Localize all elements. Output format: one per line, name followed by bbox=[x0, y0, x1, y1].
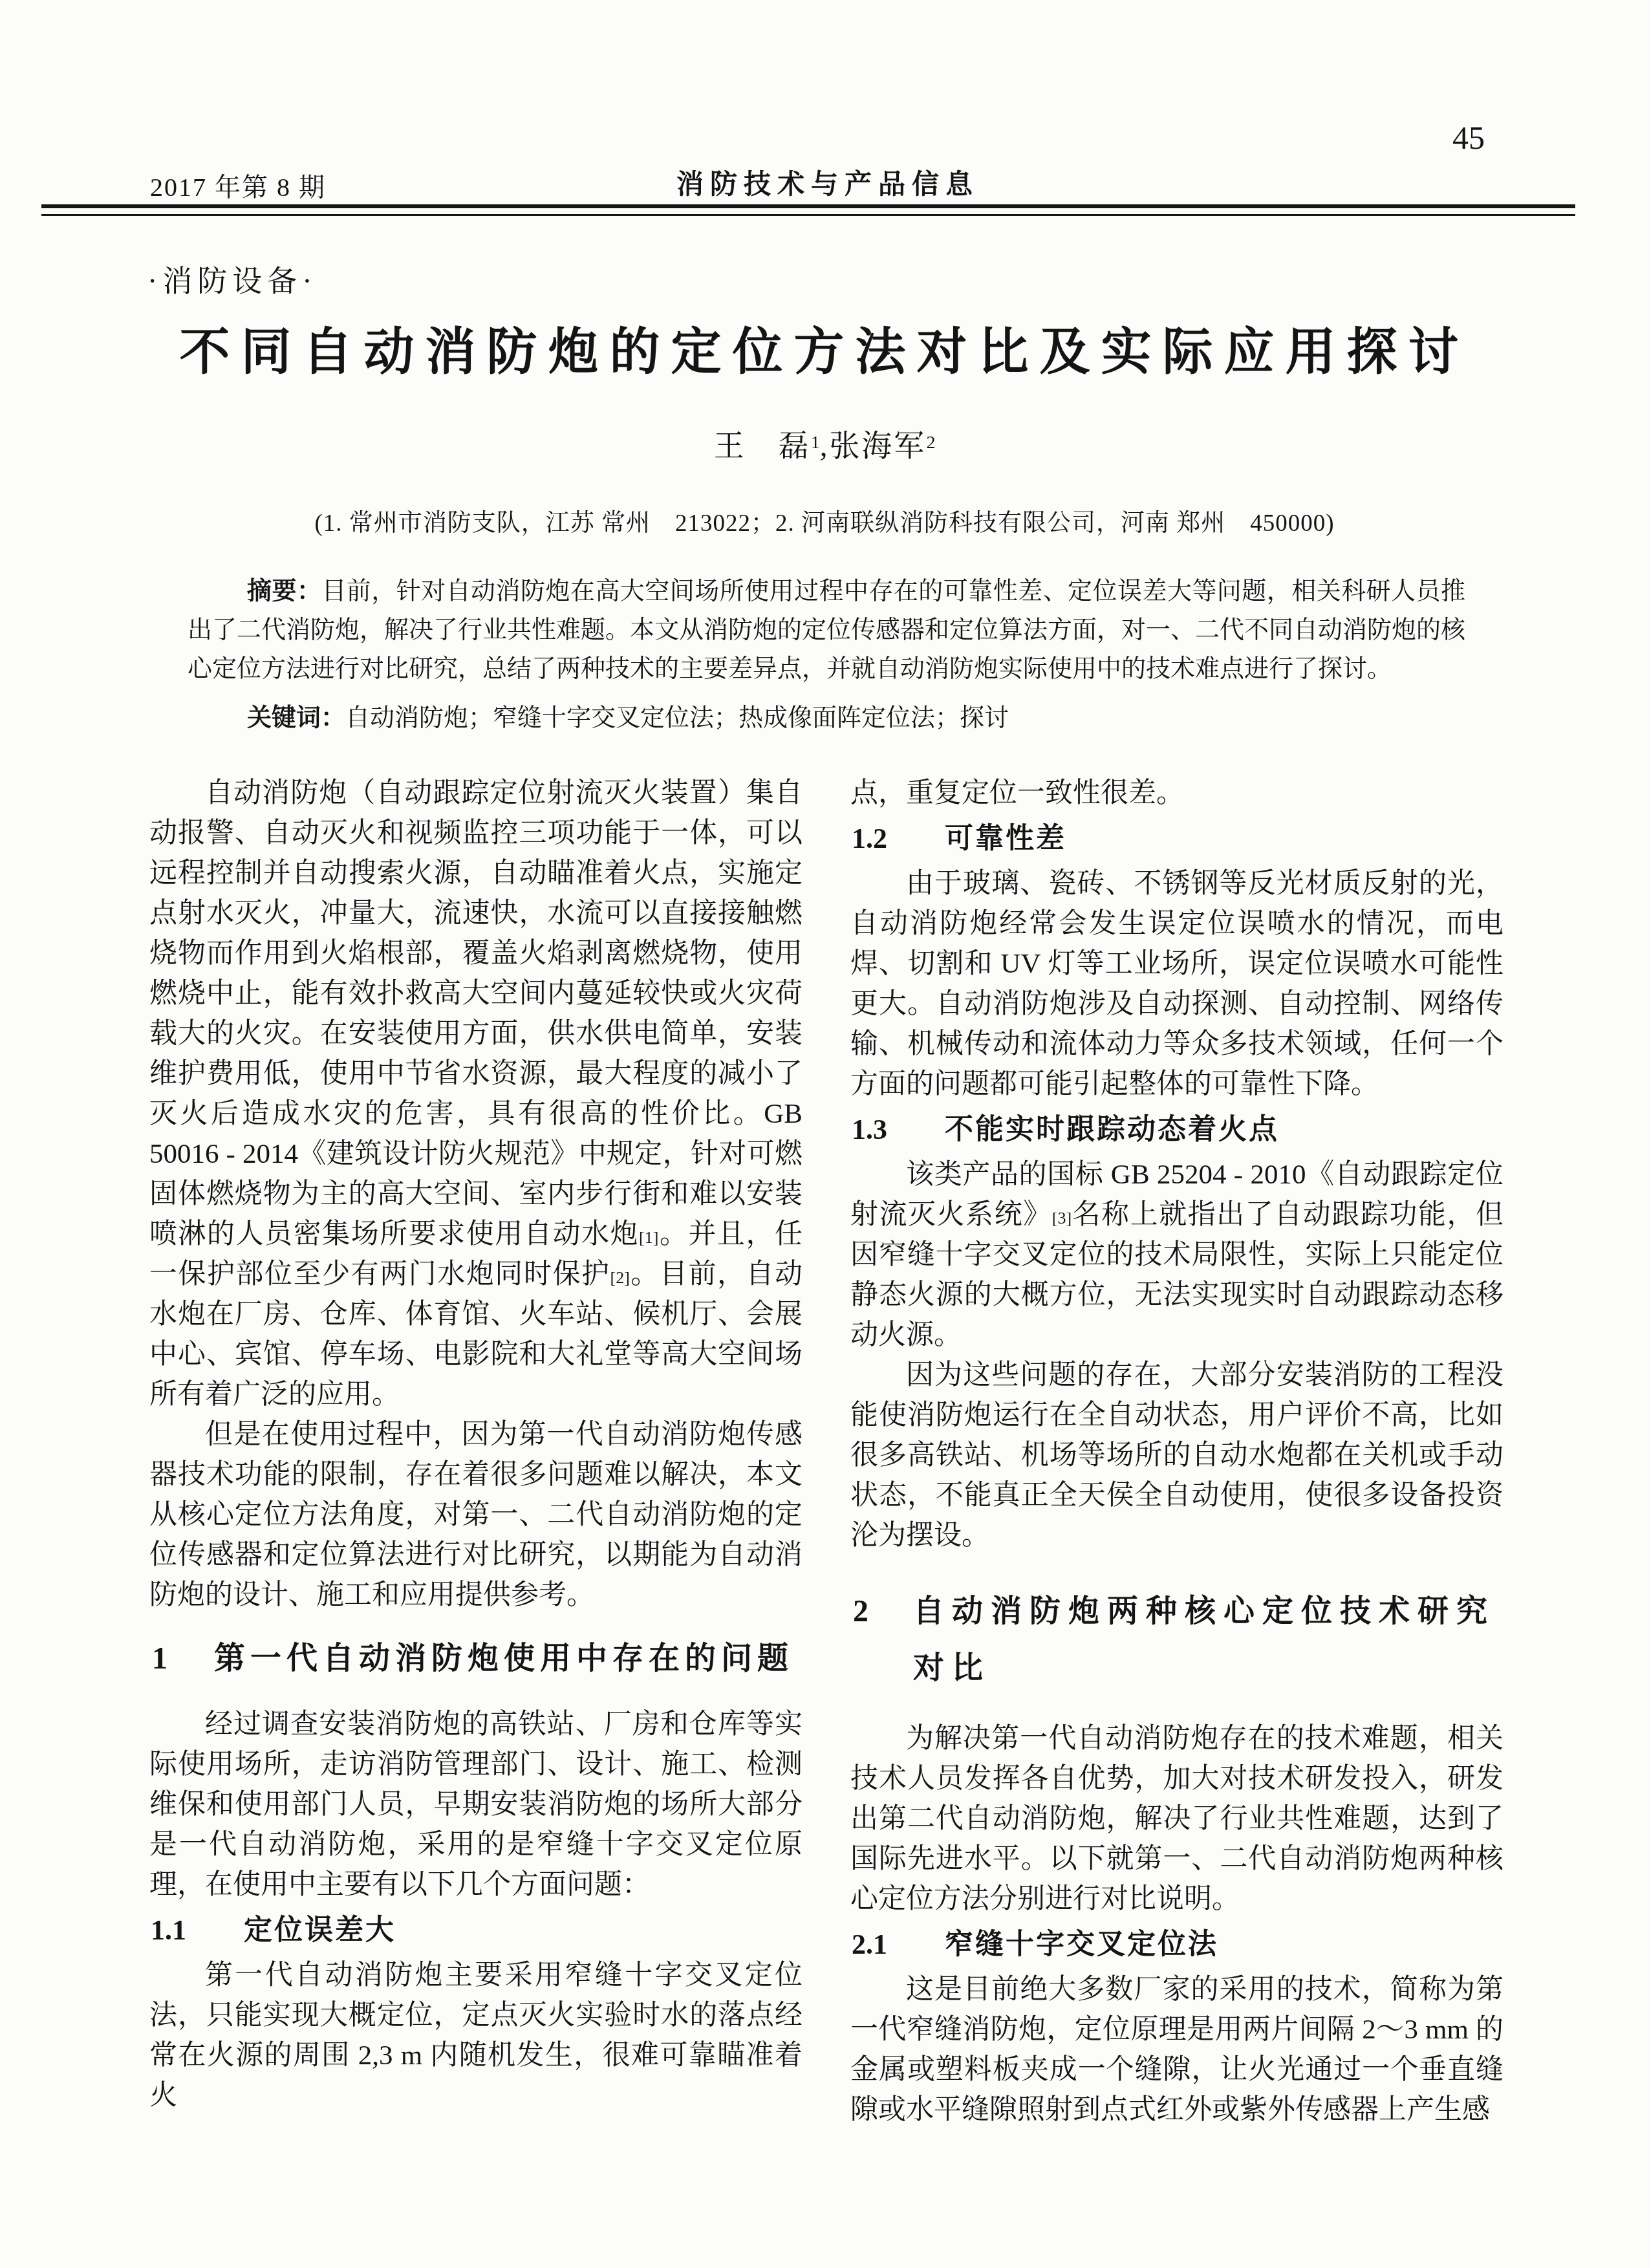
paragraph: 但是在使用过程中，因为第一代自动消防炮传感器技术功能的限制，存在着很多问题难以解… bbox=[149, 1415, 803, 1615]
heading-text: 第一代自动消防炮使用中存在的问题 bbox=[214, 1641, 793, 1676]
paragraph: 第一代自动消防炮主要采用窄缝十字交叉定位法，只能实现大概定位，定点灭火实验时水的… bbox=[149, 1956, 803, 2116]
section-heading-2: 2自动消防炮两种核心定位技术研究对比 bbox=[850, 1583, 1503, 1697]
header-rule-thin bbox=[41, 214, 1575, 216]
right-column: 点，重复定位一致性很差。 1.2可靠性差 由于玻璃、瓷砖、不锈钢等反光材质反射的… bbox=[850, 773, 1503, 2130]
keywords: 关键词：自动消防炮；窄缝十字交叉定位法；热成像面阵定位法；探讨 bbox=[188, 698, 1465, 737]
authors-separator: , bbox=[820, 429, 830, 463]
authors-line: 王 磊1,张海军2 bbox=[0, 422, 1649, 465]
journal-page: 45 2017 年第 8 期 消防技术与产品信息 ·消防设备· 不同自动消防炮的… bbox=[0, 0, 1649, 2268]
heading-text: 定位误差大 bbox=[244, 1914, 396, 1946]
page-number: 45 bbox=[1452, 122, 1485, 154]
paragraph: 由于玻璃、瓷砖、不锈钢等反光材质反射的光，自动消防炮经常会发生误定位误喷水的情况… bbox=[850, 864, 1503, 1105]
heading-number: 1.3 bbox=[852, 1110, 887, 1150]
article-title: 不同自动消防炮的定位方法对比及实际应用探讨 bbox=[0, 312, 1649, 384]
body-columns: 自动消防炮（自动跟踪定位射流灭火装置）集自动报警、自动灭火和视频监控三项功能于一… bbox=[149, 773, 1503, 2130]
paragraph: 该类产品的国标 GB 25204 - 2010《自动跟踪定位射流灭火系统》[3]… bbox=[850, 1155, 1503, 1355]
left-column: 自动消防炮（自动跟踪定位射流灭火装置）集自动报警、自动灭火和视频监控三项功能于一… bbox=[149, 773, 803, 2130]
heading-text: 不能实时跟踪动态着火点 bbox=[945, 1114, 1279, 1145]
journal-title: 消防技术与产品信息 bbox=[150, 163, 1505, 202]
paragraph: 这是目前绝大多数厂家的采用的技术，简称为第一代窄缝消防炮，定位原理是用两片间隔 … bbox=[850, 1970, 1503, 2130]
heading-text: 可靠性差 bbox=[945, 823, 1066, 854]
author-name: 张海军 bbox=[829, 429, 926, 463]
heading-text: 窄缝十字交叉定位法 bbox=[945, 1928, 1218, 1960]
paragraph: 自动消防炮（自动跟踪定位射流灭火装置）集自动报警、自动灭火和视频监控三项功能于一… bbox=[149, 773, 803, 1415]
heading-text: 自动消防炮两种核心定位技术研究对比 bbox=[913, 1594, 1495, 1685]
keywords-text: 自动消防炮；窄缝十字交叉定位法；热成像面阵定位法；探讨 bbox=[345, 704, 1009, 731]
running-head: 2017 年第 8 期 消防技术与产品信息 bbox=[150, 163, 1505, 199]
heading-number: 2 bbox=[853, 1583, 868, 1640]
heading-number: 1.2 bbox=[852, 819, 887, 859]
reference-marker: [1] bbox=[639, 1228, 658, 1247]
section-label: ·消防设备· bbox=[147, 257, 318, 300]
reference-marker: [3] bbox=[1052, 1209, 1072, 1227]
abstract-block: 摘要：目前，针对自动消防炮在高大空间场所使用过程中存在的可靠性差、定位误差大等问… bbox=[188, 572, 1465, 737]
abstract-text: 目前，针对自动消防炮在高大空间场所使用过程中存在的可靠性差、定位误差大等问题，相… bbox=[188, 578, 1465, 682]
heading-number: 1 bbox=[152, 1637, 167, 1680]
subsection-heading-1-1: 1.1定位误差大 bbox=[149, 1910, 803, 1950]
author-name: 王 磊 bbox=[714, 429, 811, 463]
paragraph: 经过调查安装消防炮的高铁站、厂房和仓库等实际使用场所，走访消防管理部门、设计、施… bbox=[149, 1705, 803, 1905]
paragraph: 为解决第一代自动消防炮存在的技术难题，相关技术人员发挥各自优势，加大对技术研发投… bbox=[850, 1719, 1503, 1919]
paragraph: 点，重复定位一致性很差。 bbox=[850, 773, 1503, 814]
paragraph: 因为这些问题的存在，大部分安装消防的工程没能使消防炮运行在全自动状态，用户评价不… bbox=[850, 1355, 1503, 1556]
affiliation: (1. 常州市消防支队，江苏 常州 213022；2. 河南联纵消防科技有限公司… bbox=[0, 503, 1649, 538]
paragraph-text: 自动消防炮（自动跟踪定位射流灭火装置）集自动报警、自动灭火和视频监控三项功能于一… bbox=[149, 778, 803, 1249]
heading-number: 1.1 bbox=[151, 1910, 186, 1950]
author-affiliation-marker: 2 bbox=[926, 433, 935, 453]
subsection-heading-1-2: 1.2可靠性差 bbox=[850, 819, 1503, 859]
keywords-label: 关键词： bbox=[247, 704, 345, 731]
author-affiliation-marker: 1 bbox=[811, 433, 820, 453]
section-heading-1: 1第一代自动消防炮使用中存在的问题 bbox=[149, 1637, 803, 1680]
subsection-heading-2-1: 2.1窄缝十字交叉定位法 bbox=[850, 1925, 1503, 1965]
abstract: 摘要：目前，针对自动消防炮在高大空间场所使用过程中存在的可靠性差、定位误差大等问… bbox=[188, 572, 1465, 688]
header-rule-thick bbox=[41, 204, 1575, 208]
subsection-heading-1-3: 1.3不能实时跟踪动态着火点 bbox=[850, 1110, 1503, 1150]
heading-number: 2.1 bbox=[852, 1925, 887, 1965]
abstract-label: 摘要： bbox=[247, 578, 321, 605]
reference-marker: [2] bbox=[610, 1268, 630, 1287]
